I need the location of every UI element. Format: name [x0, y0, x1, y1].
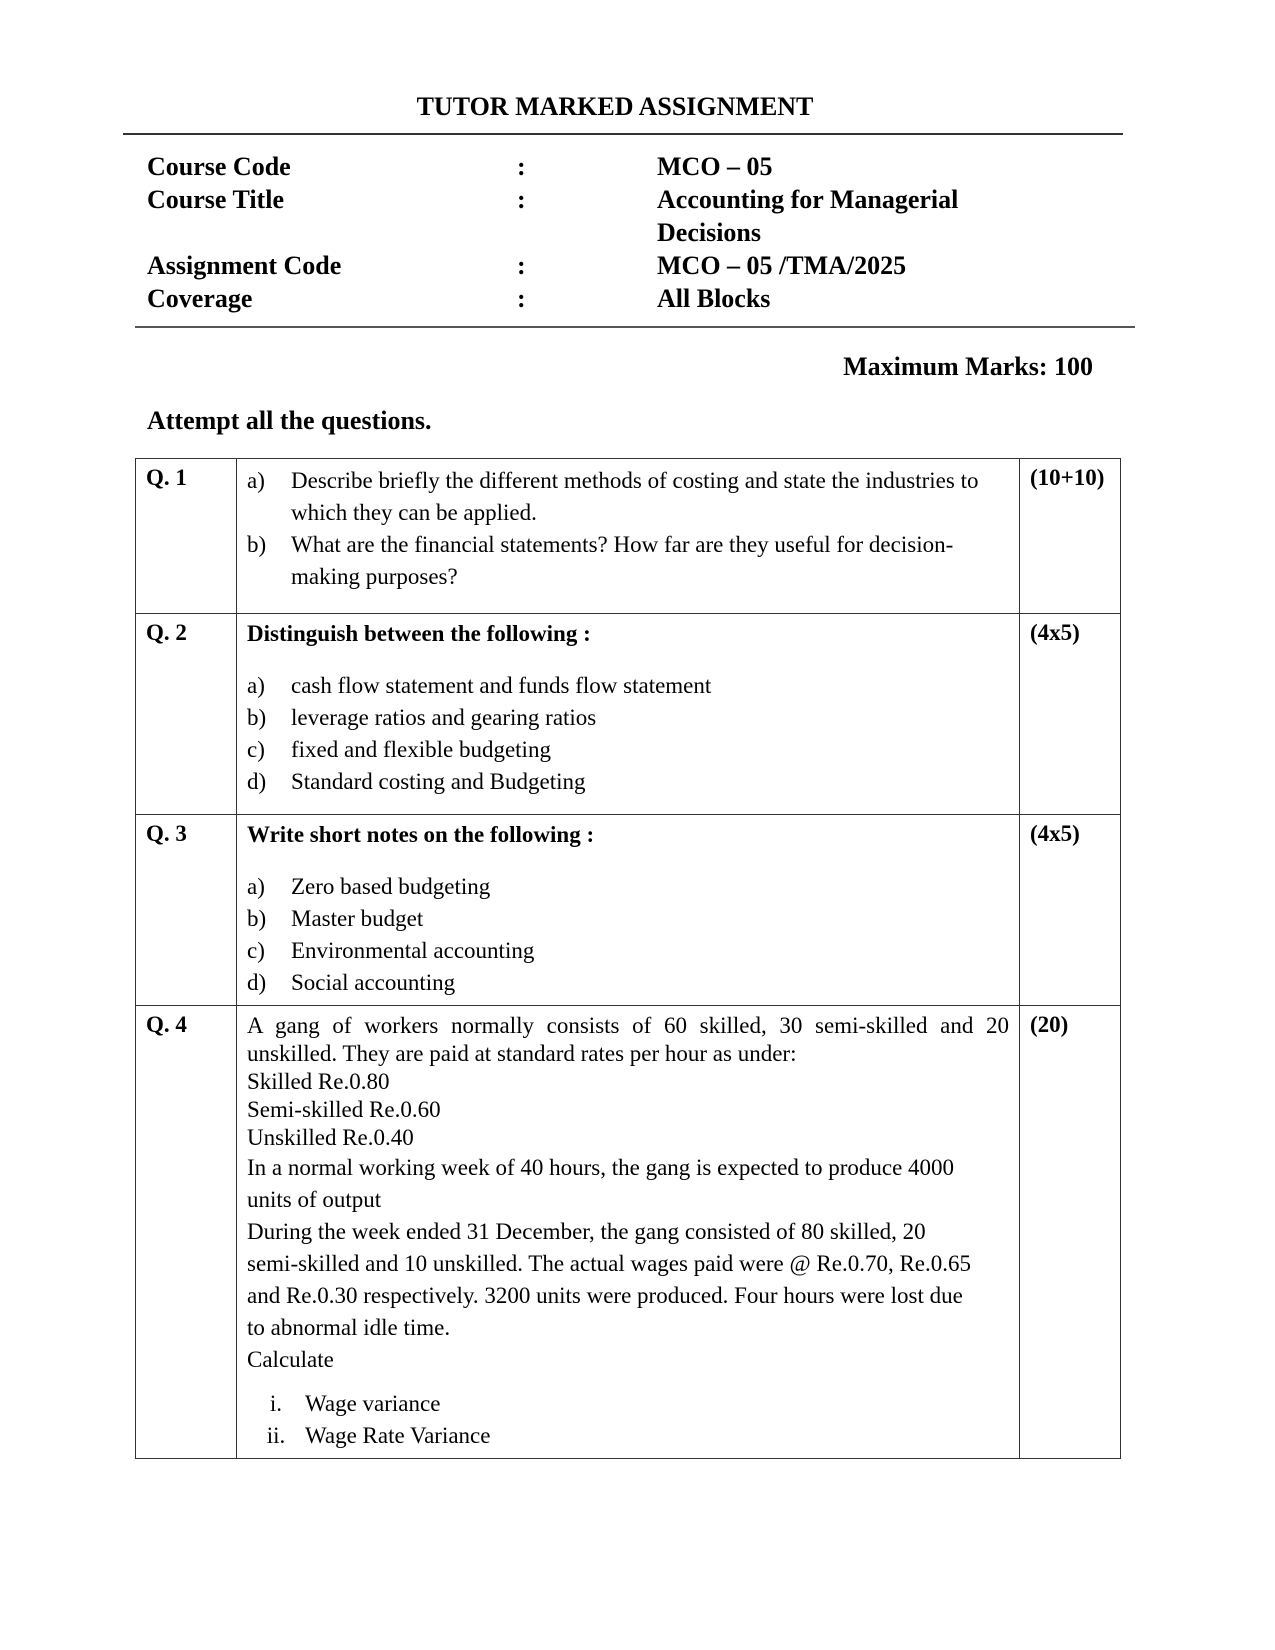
- question-marks: (20): [1020, 1006, 1121, 1459]
- question-row: Q. 4 A gang of workers normally consists…: [136, 1006, 1121, 1459]
- document-title: TUTOR MARKED ASSIGNMENT: [0, 92, 1230, 122]
- item-label: c): [247, 734, 291, 766]
- item-label: b): [247, 529, 291, 593]
- rate-line: Semi-skilled Re.0.60: [247, 1096, 1009, 1124]
- coverage-label: Coverage: [147, 282, 517, 315]
- sub-question: d)Standard costing and Budgeting: [247, 766, 1009, 798]
- course-info: Course Code : MCO – 05 Course Title : Ac…: [147, 150, 997, 315]
- rate-line: Skilled Re.0.80: [247, 1068, 1009, 1096]
- item-text: Zero based budgeting: [291, 871, 490, 903]
- item-label: d): [247, 967, 291, 999]
- rate-line: Unskilled Re.0.40: [247, 1124, 1009, 1152]
- question-body: Write short notes on the following : a)Z…: [237, 815, 1020, 1006]
- sub-question: a)Zero based budgeting: [247, 871, 1009, 903]
- question-marks: (4x5): [1020, 614, 1121, 815]
- question-body: a)Describe briefly the different methods…: [237, 459, 1020, 614]
- question-number: Q. 2: [136, 614, 237, 815]
- sub-question: b)Master budget: [247, 903, 1009, 935]
- item-text: Social accounting: [291, 967, 455, 999]
- sub-question: b)leverage ratios and gearing ratios: [247, 702, 1009, 734]
- sub-question: d)Social accounting: [247, 967, 1009, 999]
- item-text: Describe briefly the different methods o…: [291, 465, 1009, 529]
- problem-text: During the week ended 31 December, the g…: [247, 1216, 1009, 1344]
- item-text: Wage variance: [305, 1388, 440, 1420]
- item-text: leverage ratios and gearing ratios: [291, 702, 596, 734]
- item-label: a): [247, 670, 291, 702]
- item-text: cash flow statement and funds flow state…: [291, 670, 711, 702]
- sub-question: ii.Wage Rate Variance: [247, 1420, 1009, 1452]
- course-title-value: Accounting for Managerial Decisions: [657, 183, 997, 249]
- sub-question: i.Wage variance: [247, 1388, 1009, 1420]
- separator: :: [517, 282, 657, 315]
- item-label: ii.: [247, 1420, 305, 1452]
- item-label: c): [247, 935, 291, 967]
- question-row: Q. 2 Distinguish between the following :…: [136, 614, 1121, 815]
- sub-question: c)fixed and flexible budgeting: [247, 734, 1009, 766]
- question-heading: Write short notes on the following :: [247, 821, 1009, 849]
- separator: :: [517, 183, 657, 249]
- item-text: fixed and flexible budgeting: [291, 734, 551, 766]
- item-label: b): [247, 702, 291, 734]
- maximum-marks: Maximum Marks: 100: [843, 352, 1093, 382]
- question-marks: (4x5): [1020, 815, 1121, 1006]
- question-body: A gang of workers normally consists of 6…: [237, 1006, 1020, 1459]
- coverage-value: All Blocks: [657, 282, 997, 315]
- question-body: Distinguish between the following : a)ca…: [237, 614, 1020, 815]
- question-number: Q. 4: [136, 1006, 237, 1459]
- title-divider: [123, 133, 1123, 135]
- problem-text: In a normal working week of 40 hours, th…: [247, 1152, 1009, 1216]
- item-label: a): [247, 871, 291, 903]
- question-number: Q. 3: [136, 815, 237, 1006]
- question-row: Q. 3 Write short notes on the following …: [136, 815, 1121, 1006]
- assignment-code-row: Assignment Code : MCO – 05 /TMA/2025: [147, 249, 997, 282]
- course-title-row: Course Title : Accounting for Managerial…: [147, 183, 997, 249]
- question-row: Q. 1 a)Describe briefly the different me…: [136, 459, 1121, 614]
- assignment-code-value: MCO – 05 /TMA/2025: [657, 249, 997, 282]
- separator: :: [517, 150, 657, 183]
- item-text: Environmental accounting: [291, 935, 534, 967]
- course-code-label: Course Code: [147, 150, 517, 183]
- sub-question: b)What are the financial statements? How…: [247, 529, 1009, 593]
- coverage-row: Coverage : All Blocks: [147, 282, 997, 315]
- item-text: Master budget: [291, 903, 423, 935]
- instruction: Attempt all the questions.: [147, 406, 432, 436]
- course-code-value: MCO – 05: [657, 150, 997, 183]
- item-label: d): [247, 766, 291, 798]
- sub-question: a)cash flow statement and funds flow sta…: [247, 670, 1009, 702]
- sub-question: c)Environmental accounting: [247, 935, 1009, 967]
- item-text: What are the financial statements? How f…: [291, 529, 1009, 593]
- question-heading: Distinguish between the following :: [247, 620, 1009, 648]
- item-label: i.: [247, 1388, 305, 1420]
- question-number: Q. 1: [136, 459, 237, 614]
- info-divider: [135, 326, 1135, 328]
- item-text: Standard costing and Budgeting: [291, 766, 586, 798]
- course-title-label: Course Title: [147, 183, 517, 249]
- problem-text: A gang of workers normally consists of 6…: [247, 1012, 1009, 1068]
- item-text: Wage Rate Variance: [305, 1420, 490, 1452]
- item-label: a): [247, 465, 291, 529]
- course-code-row: Course Code : MCO – 05: [147, 150, 997, 183]
- questions-table: Q. 1 a)Describe briefly the different me…: [135, 458, 1121, 1459]
- assignment-code-label: Assignment Code: [147, 249, 517, 282]
- item-label: b): [247, 903, 291, 935]
- separator: :: [517, 249, 657, 282]
- sub-question: a)Describe briefly the different methods…: [247, 465, 1009, 529]
- calculate-label: Calculate: [247, 1344, 1009, 1376]
- question-marks: (10+10): [1020, 459, 1121, 614]
